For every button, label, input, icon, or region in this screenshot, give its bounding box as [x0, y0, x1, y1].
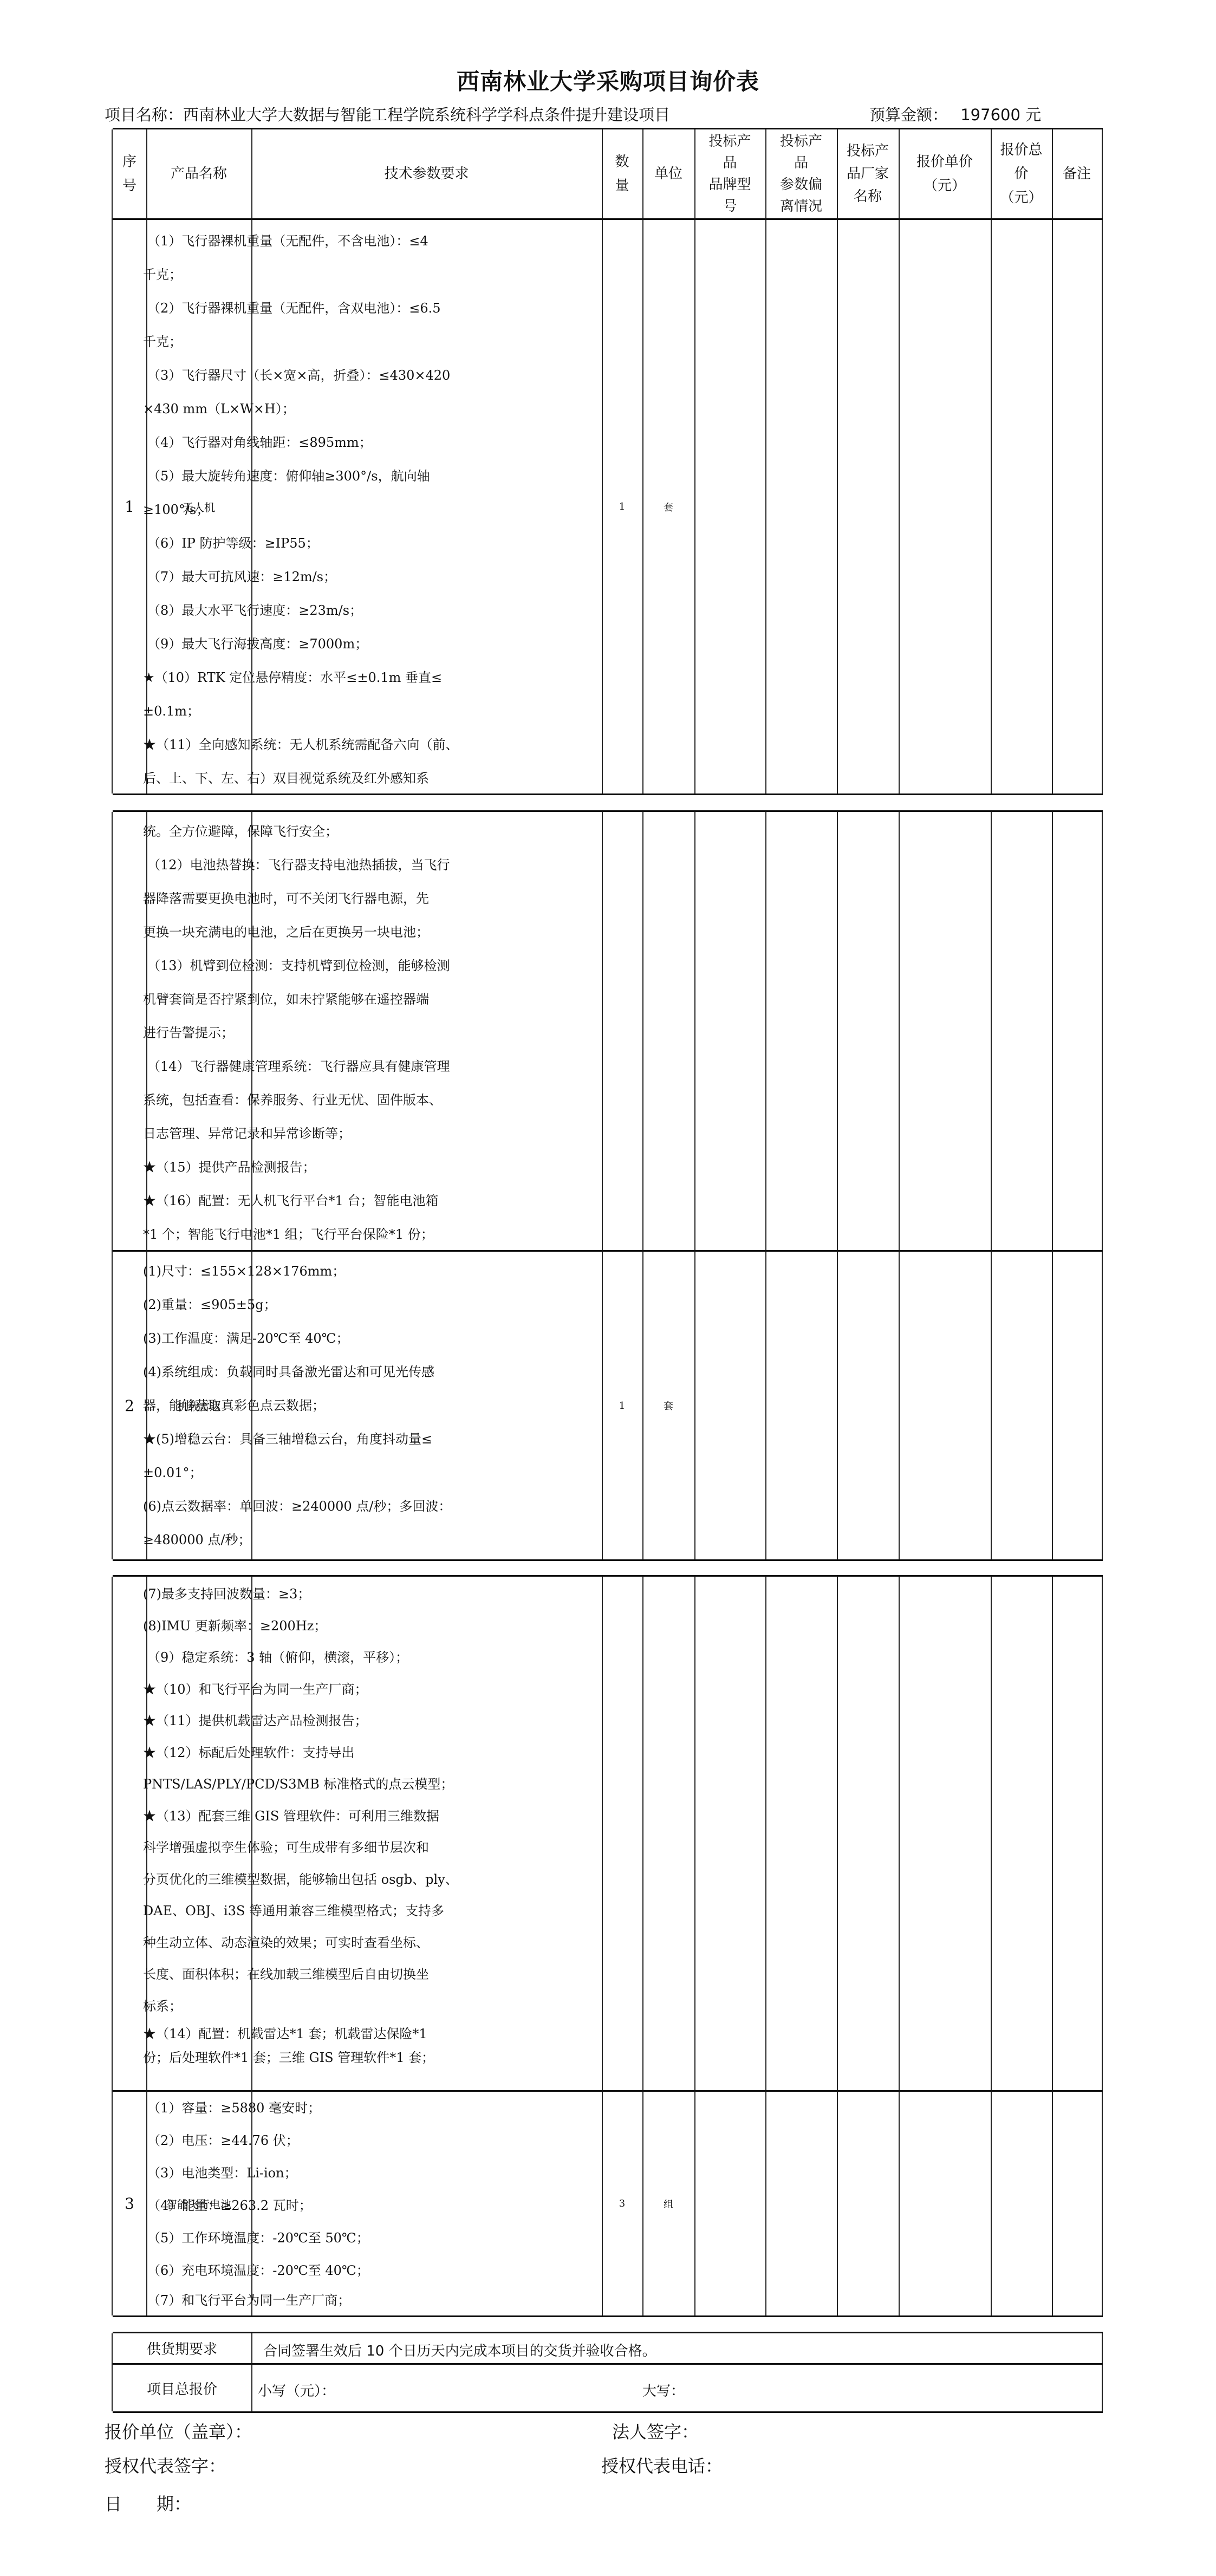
small-amount-field[interactable]: 小写（元）：	[258, 2380, 335, 2400]
footer-table: 供货期要求 合同签署生效后 10 个日历天内完成本项目的交货并验收合格。 项目总…	[113, 2332, 1103, 2413]
legal-rep-signature: 法人签字：	[612, 2418, 699, 2443]
header-param-deviation: 投标产品 参数偏离情况	[765, 129, 837, 218]
header-seq: 序号	[113, 129, 146, 218]
budget-label: 预算金额：	[869, 106, 948, 124]
header-unit-price: 报价单价（元）	[899, 129, 991, 218]
row1-spec-part2: 统。全方位避障，保障飞行安全； （12）电池热替换：飞行器支持电池热插拔，当飞行…	[143, 815, 484, 1251]
row1-seq: 1	[113, 220, 146, 793]
small-amount-label: 小写（元）：	[258, 2383, 335, 2399]
large-amount-field[interactable]: 大写：	[642, 2380, 685, 2400]
row2-seq: 2	[113, 1252, 146, 1559]
document-title: 西南林业大学采购项目询价表	[0, 64, 1216, 96]
header-manufacturer: 投标产品厂家名称	[837, 129, 899, 218]
authorized-rep-phone: 授权代表电话：	[601, 2453, 723, 2477]
header-quantity: 数量	[602, 129, 642, 218]
row2-quantity: 1	[602, 1252, 642, 1559]
header-tech-params: 技术参数要求	[251, 129, 602, 218]
budget-amount: 预算金额： 197600 元	[869, 103, 1041, 125]
project-name: 项目名称：西南林业大学大数据与智能工程学院系统科学学科点条件提升建设项目	[105, 103, 670, 125]
large-amount-label: 大写：	[642, 2383, 685, 2399]
header-product-name: 产品名称	[146, 129, 251, 218]
delivery-label: 供货期要求	[113, 2333, 251, 2363]
budget-value: 197600 元	[960, 106, 1041, 124]
delivery-text: 合同签署生效后 10 个日历天内完成本项目的交货并验收合格。	[263, 2340, 656, 2360]
header-remarks: 备注	[1052, 129, 1102, 218]
authorized-rep-signature: 授权代表签字：	[105, 2453, 226, 2477]
header-total-price: 报价总价（元）	[991, 129, 1052, 218]
row3-seq: 3	[113, 2092, 146, 2315]
row3-unit: 组	[642, 2092, 694, 2315]
row1-unit: 套	[642, 220, 694, 793]
header-unit: 单位	[642, 129, 694, 218]
total-price-label: 项目总报价	[113, 2365, 251, 2411]
row1-spec-part1: （1）飞行器裸机重量（无配件，不含电池）：≤4 千克； （2）飞行器裸机重量（无…	[143, 224, 484, 795]
row3-quantity: 3	[602, 2092, 642, 2315]
row2-spec-part1: (1)尺寸：≤155×128×176mm； (2)重量：≤905±5g； (3)…	[143, 1254, 484, 1557]
quoting-unit-seal: 报价单位（盖章）：	[105, 2418, 252, 2443]
row1-quantity: 1	[602, 220, 642, 793]
date-field: 日 期：	[105, 2490, 191, 2515]
row3-spec: （1）容量：≥5880 毫安时； （2）电压：≥44.76 伏； （3）电池类型…	[143, 2092, 484, 2314]
header-brand-model: 投标产品 品牌型号	[694, 129, 765, 218]
row2-spec-part2: (7)最多支持回波数量：≥3； (8)IMU 更新频率：≥200Hz； （9）稳…	[143, 1578, 484, 2070]
row2-unit: 套	[642, 1252, 694, 1559]
